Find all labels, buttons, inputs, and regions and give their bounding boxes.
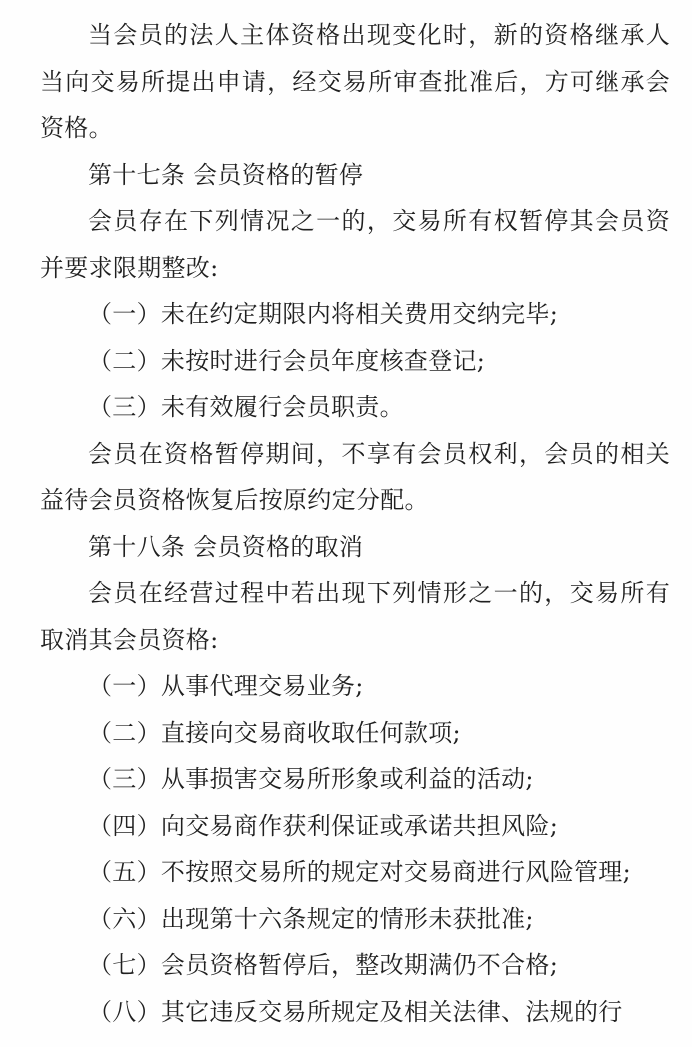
- paragraph-line: 益待会员资格恢复后按原约定分配。: [0, 477, 692, 524]
- list-item: （二）未按时进行会员年度核查登记;: [0, 338, 692, 385]
- list-item: （七）会员资格暂停后，整改期满仍不合格;: [0, 942, 692, 989]
- paragraph-line: 会员在资格暂停期间，不享有会员权利，会员的相关收: [0, 431, 692, 478]
- paragraph-line: 当会员的法人主体资格出现变化时，新的资格继承人应: [0, 12, 692, 59]
- article-17-heading: 第十七条 会员资格的暂停: [0, 152, 692, 199]
- list-item: （一）未在约定期限内将相关费用交纳完毕;: [0, 291, 692, 338]
- paragraph-line: 会员存在下列情况之一的，交易所有权暂停其会员资格: [0, 198, 692, 245]
- list-item: （四）向交易商作获利保证或承诺共担风险;: [0, 803, 692, 850]
- list-item: （一）从事代理交易业务;: [0, 663, 692, 710]
- list-item: （三）从事损害交易所形象或利益的活动;: [0, 756, 692, 803]
- list-item: （八）其它违反交易所规定及相关法律、法规的行为。: [0, 989, 692, 1036]
- list-item: （二）直接向交易商收取任何款项;: [0, 710, 692, 757]
- list-item: （六）出现第十六条规定的情形未获批准;: [0, 896, 692, 943]
- paragraph-line: 取消其会员资格:: [0, 617, 692, 664]
- list-item: （五）不按照交易所的规定对交易商进行风险管理;: [0, 849, 692, 896]
- article-18-heading: 第十八条 会员资格的取消: [0, 524, 692, 571]
- paragraph-line: 当向交易所提出申请，经交易所审查批准后，方可继承会员: [0, 59, 692, 106]
- paragraph-line: 会员在经营过程中若出现下列情形之一的，交易所有权: [0, 570, 692, 617]
- document-page: 当会员的法人主体资格出现变化时，新的资格继承人应 当向交易所提出申请，经交易所审…: [0, 0, 692, 1047]
- paragraph-line: 资格。: [0, 105, 692, 152]
- paragraph-line: 并要求限期整改:: [0, 245, 692, 292]
- list-item: （三）未有效履行会员职责。: [0, 384, 692, 431]
